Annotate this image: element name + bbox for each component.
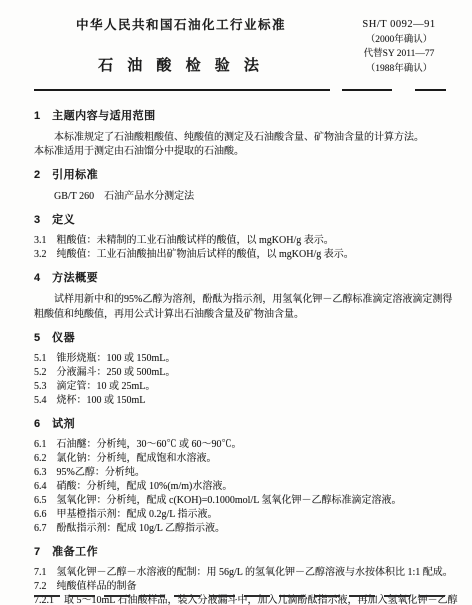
- section-heading: 4 方法概要: [34, 271, 458, 285]
- divider-segment: [415, 89, 446, 91]
- standard-document-page: 中华人民共和国石油化工行业标准 石 油 酸 检 验 法 SH/T 0092—91…: [0, 0, 472, 605]
- doc-line: 6.1 石油醚：分析纯，30～60℃ 或 60～90℃。: [34, 438, 458, 452]
- doc-line: 6.6 甲基橙指示剂：配成 0.2g/L 指示液。: [34, 508, 458, 522]
- doc-line: 5.2 分液漏斗：250 或 500mL。: [34, 366, 458, 380]
- standard-org-line: 中华人民共和国石油化工行业标准: [28, 15, 334, 33]
- doc-line: 5.3 滴定管：10 或 25mL。: [34, 380, 458, 394]
- doc-line: 试样用新中和的95%乙醇为溶剂，酚酞为指示剂，用氢氧化钾－乙醇标准滴定溶液滴定测…: [34, 292, 458, 322]
- section-heading: 6 试剂: [34, 417, 458, 431]
- doc-line: 3.1 粗酸值：未精制的工业石油酸试样的酸值，以 mgKOH/g 表示。: [34, 234, 458, 248]
- header-title-block: 中华人民共和国石油化工行业标准 石 油 酸 检 验 法: [28, 10, 334, 76]
- doc-line: 3.2 纯酸值：工业石油酸抽出矿物油后试样的酸值，以 mgKOH/g 表示。: [34, 248, 458, 262]
- document-body: 1 主题内容与适用范围本标准规定了石油酸粗酸值、纯酸值的测定及石油酸含量、矿物油…: [34, 100, 458, 605]
- divider-segment: [342, 89, 392, 91]
- doc-line: 6.7 酚酞指示剂：配成 10g/L 乙醇指示液。: [34, 522, 458, 536]
- document-header: 中华人民共和国石油化工行业标准 石 油 酸 检 验 法 SH/T 0092—91…: [0, 0, 472, 76]
- doc-line: 6.4 硝酸：分析纯，配成 10%(m/m)水溶液。: [34, 480, 458, 494]
- page-bottom-divider: [34, 595, 450, 597]
- section-heading: 2 引用标准: [34, 168, 458, 182]
- section-heading: 7 准备工作: [34, 545, 458, 559]
- divider-segment: [34, 89, 330, 91]
- doc-line: GB/T 260 石油产品水分测定法: [34, 189, 458, 204]
- section-heading: 3 定义: [34, 213, 458, 227]
- replaces-standard: 代替SY 2011—77: [334, 47, 464, 62]
- confirmation-note-1988: （1988年确认）: [334, 62, 464, 77]
- confirmation-note-2000: （2000年确认）: [334, 33, 464, 48]
- doc-line: 本标准规定了石油酸粗酸值、纯酸值的测定及石油酸含量、矿物油含量的计算方法。: [34, 130, 458, 145]
- header-divider: [34, 89, 446, 91]
- section-heading: 1 主题内容与适用范围: [34, 109, 458, 123]
- doc-line: 7.2 纯酸值样品的制备: [34, 580, 458, 594]
- standard-number: SH/T 0092—91: [334, 18, 464, 33]
- doc-line: 6.5 氢氧化钾：分析纯，配成 c(KOH)=0.1000mol/L 氢氧化钾－…: [34, 494, 458, 508]
- section-heading: 5 仪器: [34, 331, 458, 345]
- doc-line: 5.1 锥形烧瓶：100 或 150mL。: [34, 352, 458, 366]
- document-title: 石 油 酸 检 验 法: [28, 54, 334, 75]
- doc-line: 6.2 氯化钠：分析纯，配成饱和水溶液。: [34, 452, 458, 466]
- standard-number-block: SH/T 0092—91 （2000年确认） 代替SY 2011—77 （198…: [334, 18, 464, 76]
- doc-line: 5.4 烧杯：100 或 150mL: [34, 394, 458, 408]
- doc-line: 6.3 95%乙醇：分析纯。: [34, 466, 458, 480]
- doc-line: 7.1 氢氧化钾－乙醇－水溶液的配制：用 56g/L 的氢氧化钾－乙醇溶液与水按…: [34, 566, 458, 580]
- doc-line: 本标准适用于测定由石油馏分中提取的石油酸。: [34, 145, 458, 159]
